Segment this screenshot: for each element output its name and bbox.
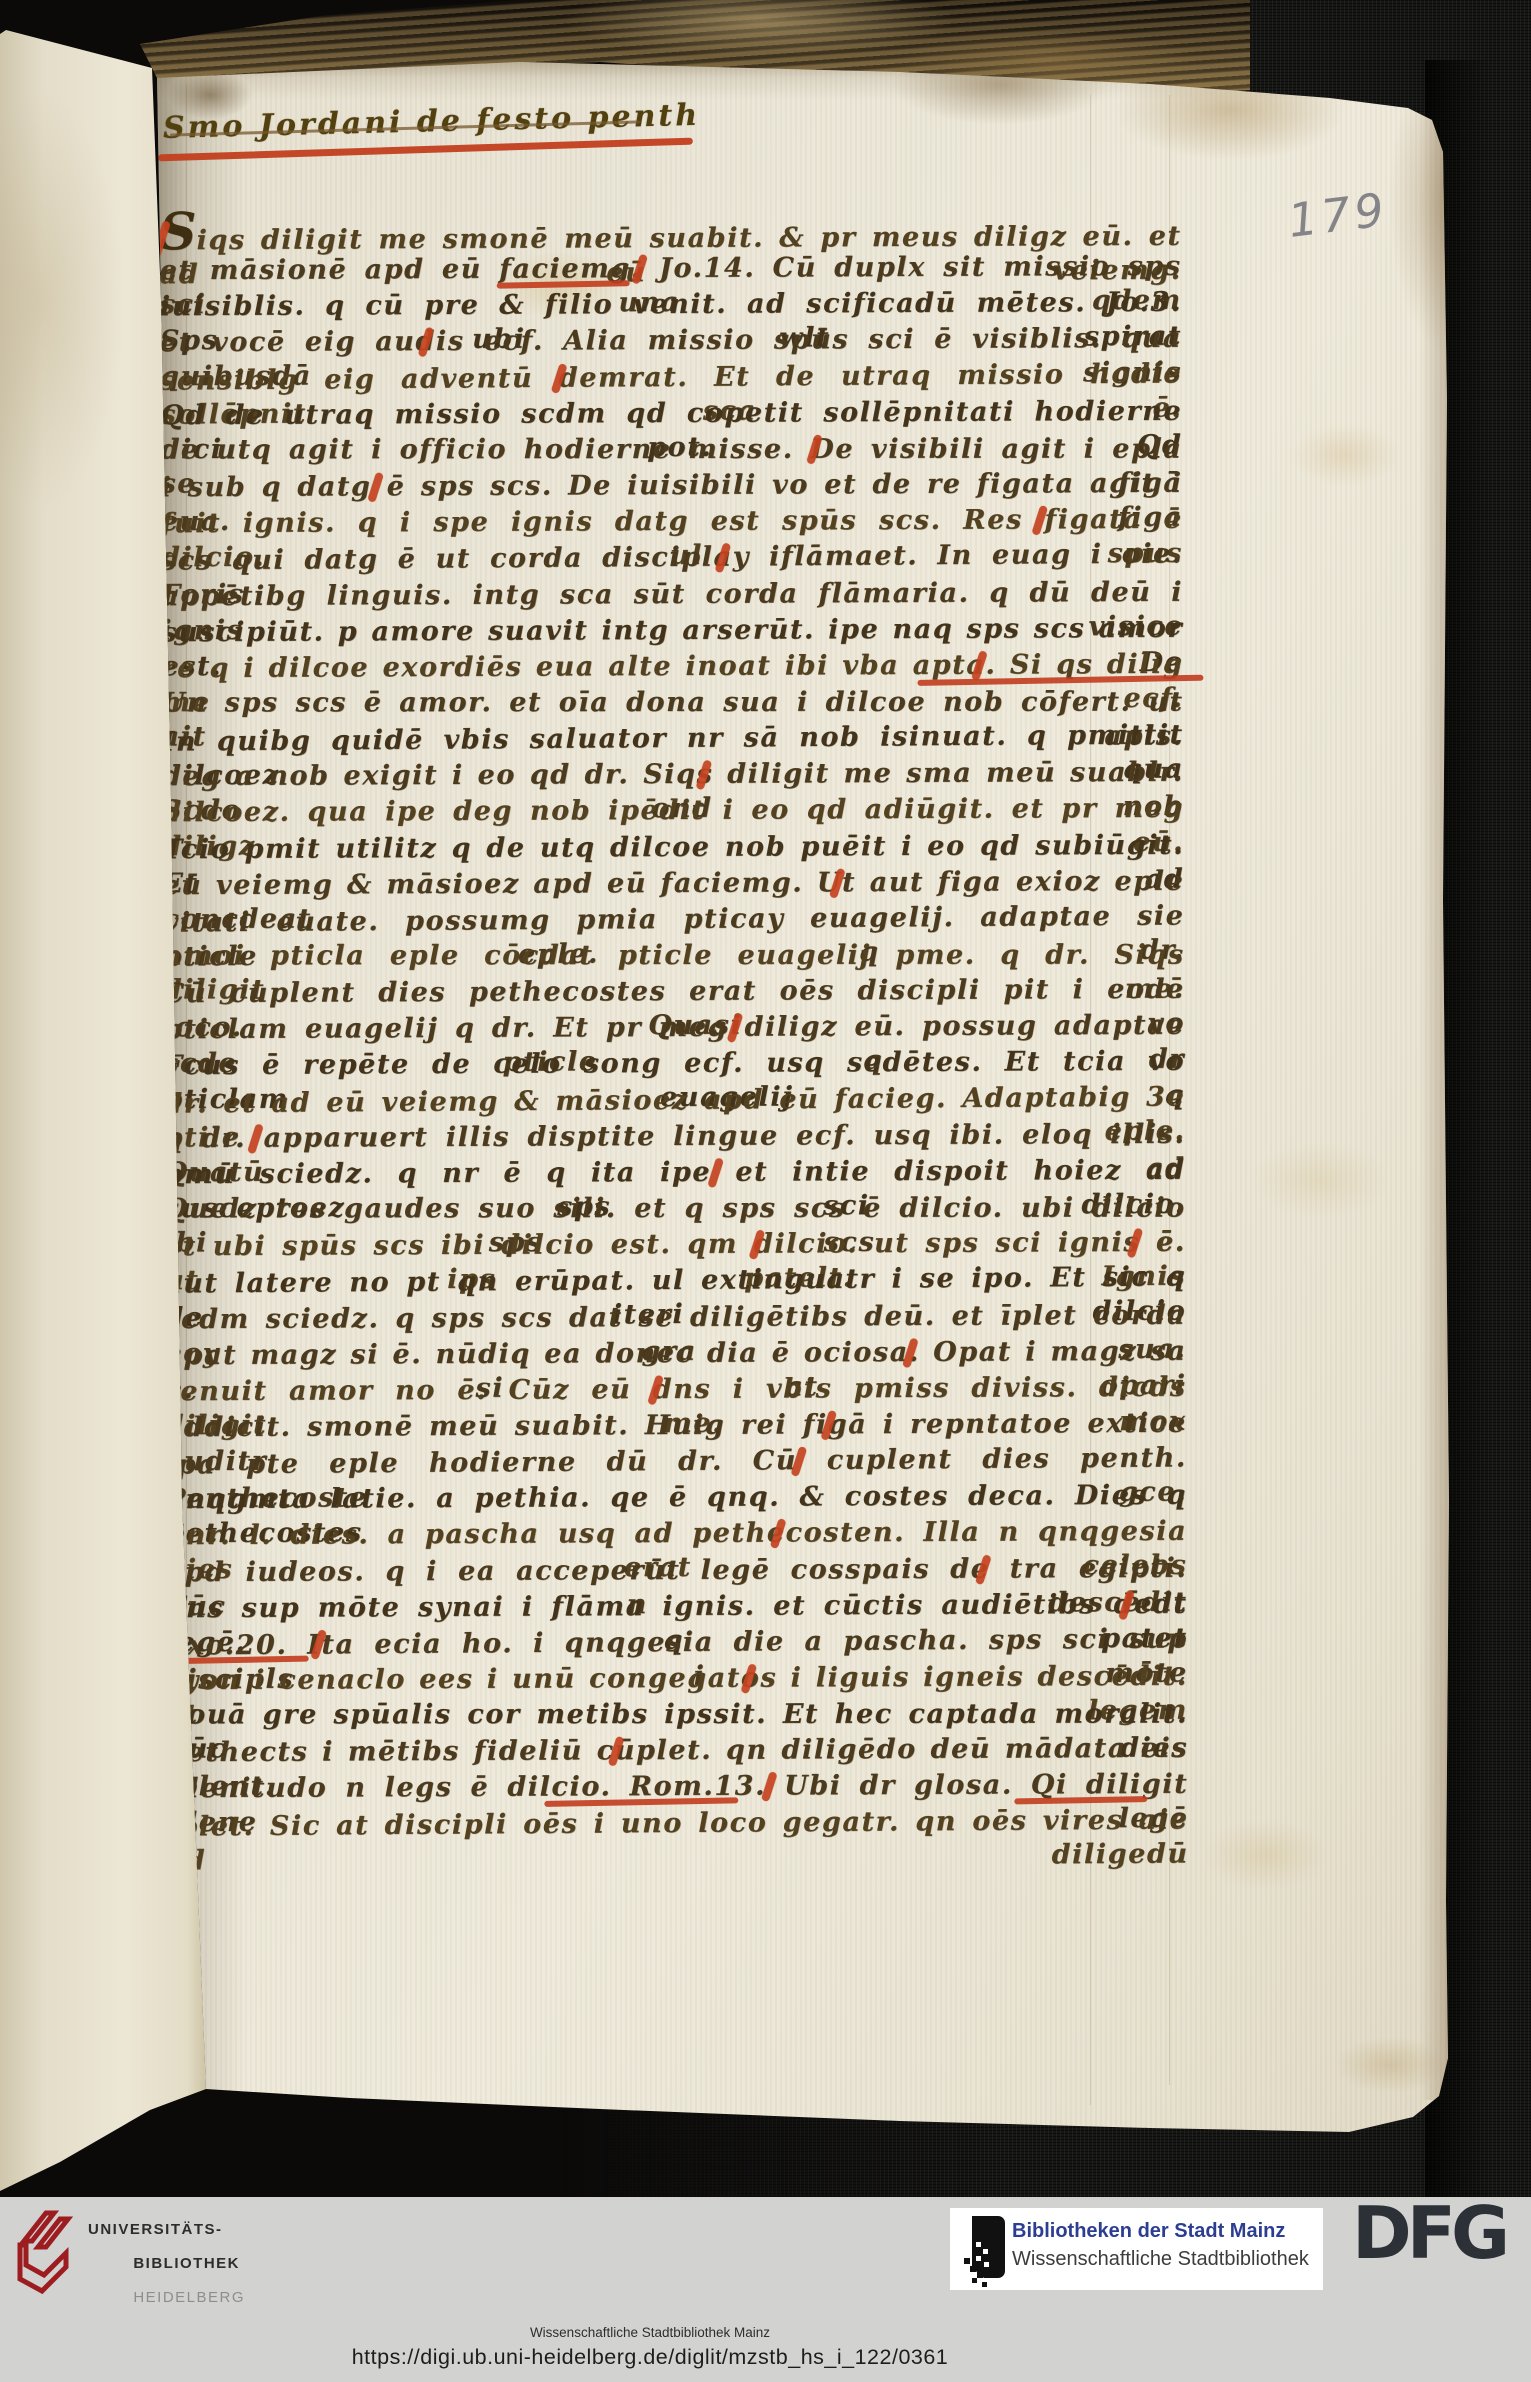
manuscript-line: de utq agit i officio hodierne misse. De…	[160, 432, 1182, 470]
manuscript-line: i sub q datg ē sps scs. De iuisibili vo …	[161, 467, 1183, 508]
mainz-book-icon	[962, 2214, 1010, 2288]
manuscript-line: deg a nob exigit i eo qd dr. Siqs diligi…	[162, 756, 1184, 797]
manuscript-line: nouā gre spūalis cor metibs ipssit. Et h…	[166, 1698, 1188, 1736]
ubl-line3: HEIDELBERG	[133, 2289, 245, 2306]
ubl-line1: UNIVERSITÄTS-	[88, 2221, 223, 2238]
manuscript-line: Siqs diligit me smonē meū suabit. & pr m…	[159, 214, 1181, 255]
mainz-logo-subtitle: Wissenschaftliche Stadtbibliothek	[1012, 2248, 1309, 2271]
manuscript-line: pticlam euagelij q dr. Et pr meg diligz …	[163, 1009, 1185, 1050]
manuscript-line: Un sps scs ē amor. et oīa dona sua i dil…	[162, 685, 1184, 723]
ub-heidelberg-logo: UNIVERSITÄTS- BIBLIOTHEK HEIDELBERG	[10, 2205, 340, 2305]
manuscript-line: apat magz si ē. nūdiq ea donec dia ē oci…	[164, 1334, 1186, 1375]
manuscript-line: pmū sciedz. q nr ē q ita ipe et intie di…	[164, 1154, 1186, 1195]
manuscript-line: suscipiūt. p amore suavit intg arserūt. …	[161, 611, 1183, 652]
manuscript-line: et vocē eig audis ecf. Alia missio spūs …	[160, 322, 1182, 363]
manuscript-line: iplet. Sic at discipli oēs i uno loco ge…	[166, 1803, 1188, 1847]
manuscript-line: syon i cenaclo ees i unū congegatos i li…	[166, 1660, 1188, 1701]
manuscript-line: et māsionē apd eū faciemg. Jo.14. Cū dup…	[160, 250, 1182, 291]
manuscript-line: vitati euate. possumg pmia pticay euagel…	[162, 899, 1184, 943]
manuscript-line: Fcus ē repēte de celo song ecf. usq sedē…	[163, 1045, 1185, 1086]
mainz-logo-title: Bibliotheken der Stadt Mainz	[1012, 2220, 1285, 2243]
manuscript-line: dilcoez. qua ipe deg nob ipēdit i eo qd …	[162, 792, 1184, 833]
manuscript-line: pethects i mētibs fideliū cūplet. qn dil…	[166, 1732, 1188, 1773]
ub-heidelberg-wordmark: UNIVERSITÄTS- BIBLIOTHEK HEIDELBERG	[88, 2221, 133, 2323]
footer-caption: Wissenschaftliche Stadtbibliothek Mainz	[115, 2325, 1185, 2340]
footer-url: https://digi.ub.uni-heidelberg.de/diglit…	[115, 2345, 1185, 2370]
manuscript-line: appētibg linguis. intg sca sūt corda flā…	[161, 575, 1183, 616]
ub-heidelberg-book-icon	[10, 2205, 82, 2297]
manuscript-line: scdm sciedz. q sps scs dat se diligētibs…	[164, 1298, 1186, 1339]
manuscript-line: hmoi pticla eple cōcdat pticle euagelij …	[163, 939, 1185, 977]
dfg-logo: DFG	[1352, 2191, 1505, 2275]
digitized-manuscript-view: Smo Jordani de festo penth 179 Siqs dili…	[0, 0, 1531, 2382]
manuscript-line: qnqgmta latie. a pethia. qe ē qnq. & cos…	[165, 1479, 1187, 1520]
manuscript-line: dnr. l. dies. a pascha usq ad pethecoste…	[165, 1515, 1187, 1556]
manuscript-line: Quelz res gaudes suo sili. et q sps scs …	[164, 1192, 1186, 1230]
manuscript-line: iuisiblis. q cū pre & filio venit. ad sc…	[160, 286, 1182, 327]
folio-number: 179	[1285, 182, 1391, 248]
mainz-library-logo: Bibliotheken der Stadt Mainz Wissenschaf…	[950, 2208, 1323, 2290]
manuscript-page: Smo Jordani de festo penth 179 Siqs dili…	[0, 0, 1531, 2382]
manuscript-line: apd iudeos. q i ea acceperūt legē cosspa…	[165, 1551, 1187, 1592]
ubl-line2: BIBLIOTHEK	[133, 2255, 240, 2272]
manuscript-text-block: Siqs diligit me smonē meū suabit. & pr m…	[159, 214, 1188, 1858]
manuscript-line: q dr. apparuert illis disptite lingue ec…	[163, 1118, 1185, 1159]
manuscript-line: Tcio pmit utilitz q de utq dilcoe nob pu…	[162, 828, 1184, 869]
manuscript-line: Qd de utraq missio scdm qd copetit sollē…	[160, 395, 1182, 436]
manuscript-line: Cū cuplent dies pethecostes erat oēs dis…	[163, 973, 1185, 1014]
manuscript-line: renuit amor no ē. Cūz eū dns i vbis pmis…	[164, 1371, 1186, 1412]
footer-bar: UNIVERSITÄTS- BIBLIOTHEK HEIDELBERG	[0, 2197, 1531, 2382]
